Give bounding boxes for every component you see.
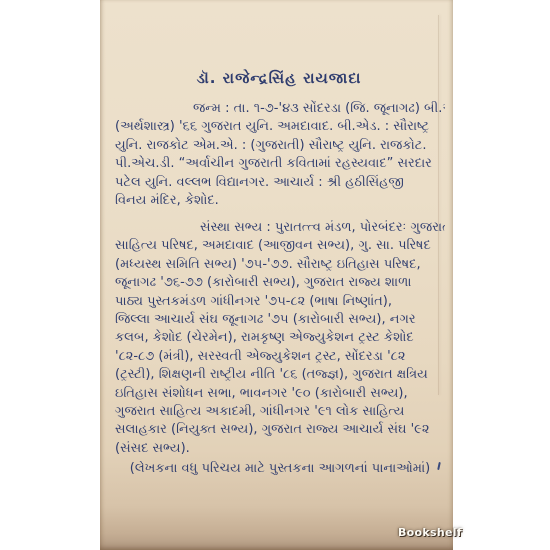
text-line: (ટ્રસ્ટી), શિક્ષણની રાષ્ટ્રીય નીતિ '૮૬ (…	[115, 366, 445, 384]
text-line: કલબ, કેશોદ (ચેરમેન), રામકૃષ્ણ એજ્યુકેશન …	[115, 329, 445, 347]
text-line: ઇતિહાસ સંશોધન સભા, ભાવનગર '૯૦ (કારોબારી …	[115, 385, 445, 403]
memberships-paragraph: સંસ્થા સભ્ય : પુરાતત્ત્વ મંડળ, પોરબંદરઃ …	[115, 219, 445, 458]
text-line: જૂનાગઢ '૭૬-૭૭ (કારોબારી સભ્ય), ગુજરાત રા…	[115, 274, 445, 292]
text-line: સલાહકાર (નિયુક્ત સભ્ય), ગુજરાત રાજ્ય આચા…	[115, 421, 445, 439]
birth-education-paragraph: જન્મ : તા. ૧-૭-'૪૩ સોંદરડા (જિ. જૂનાગઢ) …	[115, 100, 445, 210]
text-line: સાહિત્ય પરિષદ, અમદાવાદ (આજીવન સભ્ય), ગુ.…	[115, 237, 445, 255]
text-line: સંસ્થા સભ્ય : પુરાતત્ત્વ મંડળ, પોરબંદરઃ …	[115, 219, 445, 237]
bookshelf-watermark: Bookshelf	[398, 526, 462, 539]
text-line: પાઠ્ય પુસ્તકમંડળ ગાંધીનગર '૭૫-૮૨ (ભાષા ન…	[115, 293, 445, 311]
text-line: ગુજરાત સાહિત્ય અકાદમી, ગાંધીનગર '૯૧ લોક …	[115, 403, 445, 421]
text-line: વિનય મંદિર, કેશોદ.	[115, 192, 445, 210]
scanned-page: ડૉ. રાજેન્દ્રસિંહ રાયજાદા જન્મ : તા. ૧-૭…	[100, 0, 453, 550]
reader-reference-note: (લેખકના વધુ પરિચય માટે પુસ્તકના આગળનાં પ…	[115, 461, 445, 476]
text-line: '૮૨-૮૭ (મંત્રી), સરસ્વતી એજ્યુકેશન ટ્રસ્…	[115, 348, 445, 366]
text-line: (સંસદ સભ્ય).	[115, 440, 445, 458]
text-line: જિલ્લા આચાર્ય સંઘ જૂનાગઢ '૭૫ (કારોબારી સ…	[115, 311, 445, 329]
text-line: (અર્થશાસ્ત્ર) '૬૬ ગુજરાત યુનિ. અમદાવાદ. …	[115, 118, 445, 136]
screenshot-viewport: ડૉ. રાજેન્દ્રસિંહ રાયજાદા જન્મ : તા. ૧-૭…	[0, 0, 550, 550]
author-name-title: ડૉ. રાજેન્દ્રસિંહ રાયજાદા	[115, 69, 443, 87]
text-line: પટેલ યુનિ. વલ્લભ વિદ્યાનગર. આચાર્ય : શ્ર…	[115, 174, 445, 192]
text-line: (મધ્યસ્થ સમિતિ સભ્ય) '૭૫-'૭૭. સૌરાષ્ટ્ર …	[115, 256, 445, 274]
text-line: જન્મ : તા. ૧-૭-'૪૩ સોંદરડા (જિ. જૂનાગઢ) …	[115, 100, 445, 118]
text-line: પી.એચ.ડી. “અર્વાચીન ગુજરાતી કવિતામાં રહસ…	[115, 155, 445, 173]
text-line: યુનિ. રાજકોટ એમ.એ. : (ગુજરાતી) સૌરાષ્ટ્ર…	[115, 137, 445, 155]
